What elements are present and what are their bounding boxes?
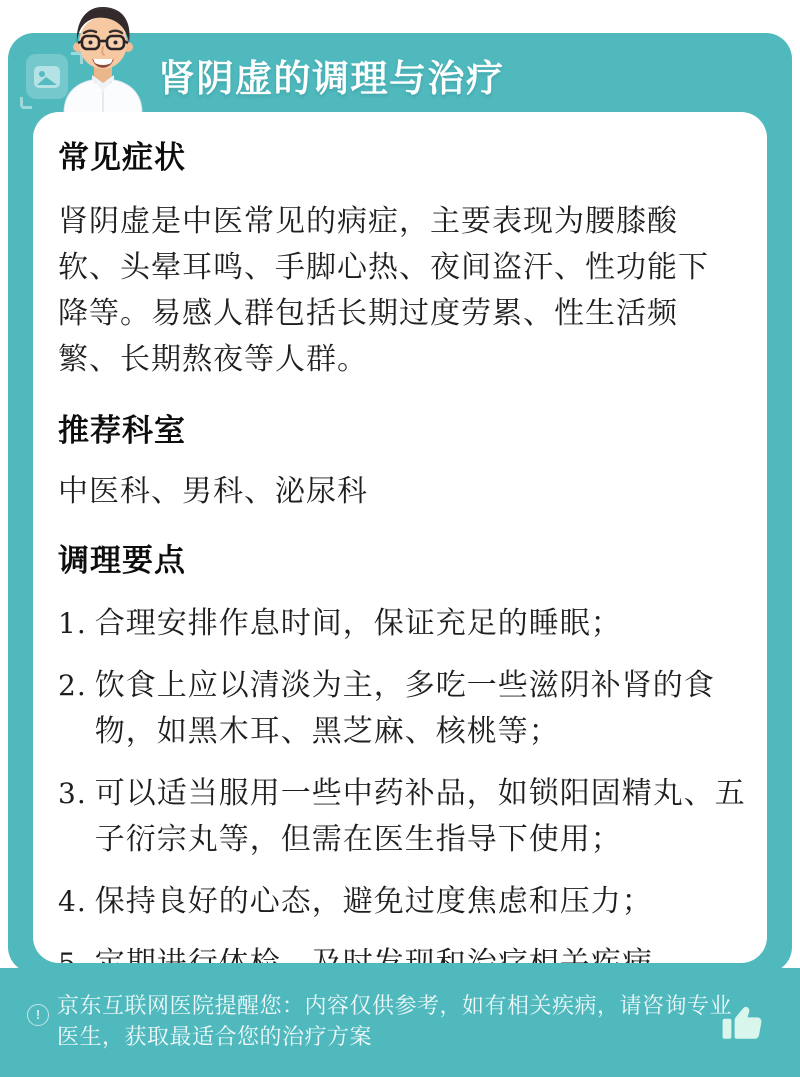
list-item-number: 2. xyxy=(58,663,87,709)
page-title: 肾阴虚的调理与治疗 xyxy=(158,48,505,102)
list-item-text: 合理安排作息时间，保证充足的睡眠； xyxy=(95,601,748,647)
list-item: 3. 可以适当服用一些中药补品，如锁阳固精丸、五子衍宗丸等，但需在医生指导下使用… xyxy=(58,771,748,863)
thumbs-up-icon[interactable] xyxy=(718,998,766,1046)
doctor-avatar xyxy=(42,3,164,113)
health-info-page: { "colors": { "teal_background": "#4fb9b… xyxy=(0,0,800,1077)
departments-text: 中医科、男科、泌尿科 xyxy=(58,469,726,515)
list-item-number: 1. xyxy=(58,601,87,647)
list-item-text: 保持良好的心态，避免过度焦虑和压力； xyxy=(95,879,748,925)
symptoms-paragraph: 肾阴虚是中医常见的病症，主要表现为腰膝酸软、头晕耳鸣、手脚心热、夜间盗汗、性功能… xyxy=(58,199,726,383)
list-item-number: 5. xyxy=(58,941,87,963)
list-item-number: 3. xyxy=(58,771,87,817)
section-heading-departments: 推荐科室 xyxy=(58,409,742,453)
viewfinder-corner-icon xyxy=(20,97,32,109)
info-icon: ! xyxy=(27,1004,49,1026)
section-heading-symptoms: 常见症状 xyxy=(58,136,742,180)
list-item: 4. 保持良好的心态，避免过度焦虑和压力； xyxy=(58,879,748,925)
list-item-text: 定期进行体检，及时发现和治疗相关疾病。 xyxy=(95,941,748,963)
list-item-text: 饮食上应以清淡为主，多吃一些滋阴补肾的食物，如黑木耳、黑芝麻、核桃等； xyxy=(95,663,748,755)
section-heading-tips: 调理要点 xyxy=(58,539,742,583)
tips-list: 1. 合理安排作息时间，保证充足的睡眠； 2. 饮食上应以清淡为主，多吃一些滋阴… xyxy=(58,601,742,963)
disclaimer-text: 京东互联网医院提醒您：内容仅供参考，如有相关疾病，请咨询专业医生，获取最适合您的… xyxy=(57,990,735,1052)
list-item-text: 可以适当服用一些中药补品，如锁阳固精丸、五子衍宗丸等，但需在医生指导下使用； xyxy=(95,771,748,863)
content-card: 常见症状 肾阴虚是中医常见的病症，主要表现为腰膝酸软、头晕耳鸣、手脚心热、夜间盗… xyxy=(33,112,767,963)
list-item: 5. 定期进行体检，及时发现和治疗相关疾病。 xyxy=(58,941,748,963)
list-item-number: 4. xyxy=(58,879,87,925)
list-item: 1. 合理安排作息时间，保证充足的睡眠； xyxy=(58,601,748,647)
list-item: 2. 饮食上应以清淡为主，多吃一些滋阴补肾的食物，如黑木耳、黑芝麻、核桃等； xyxy=(58,663,748,755)
